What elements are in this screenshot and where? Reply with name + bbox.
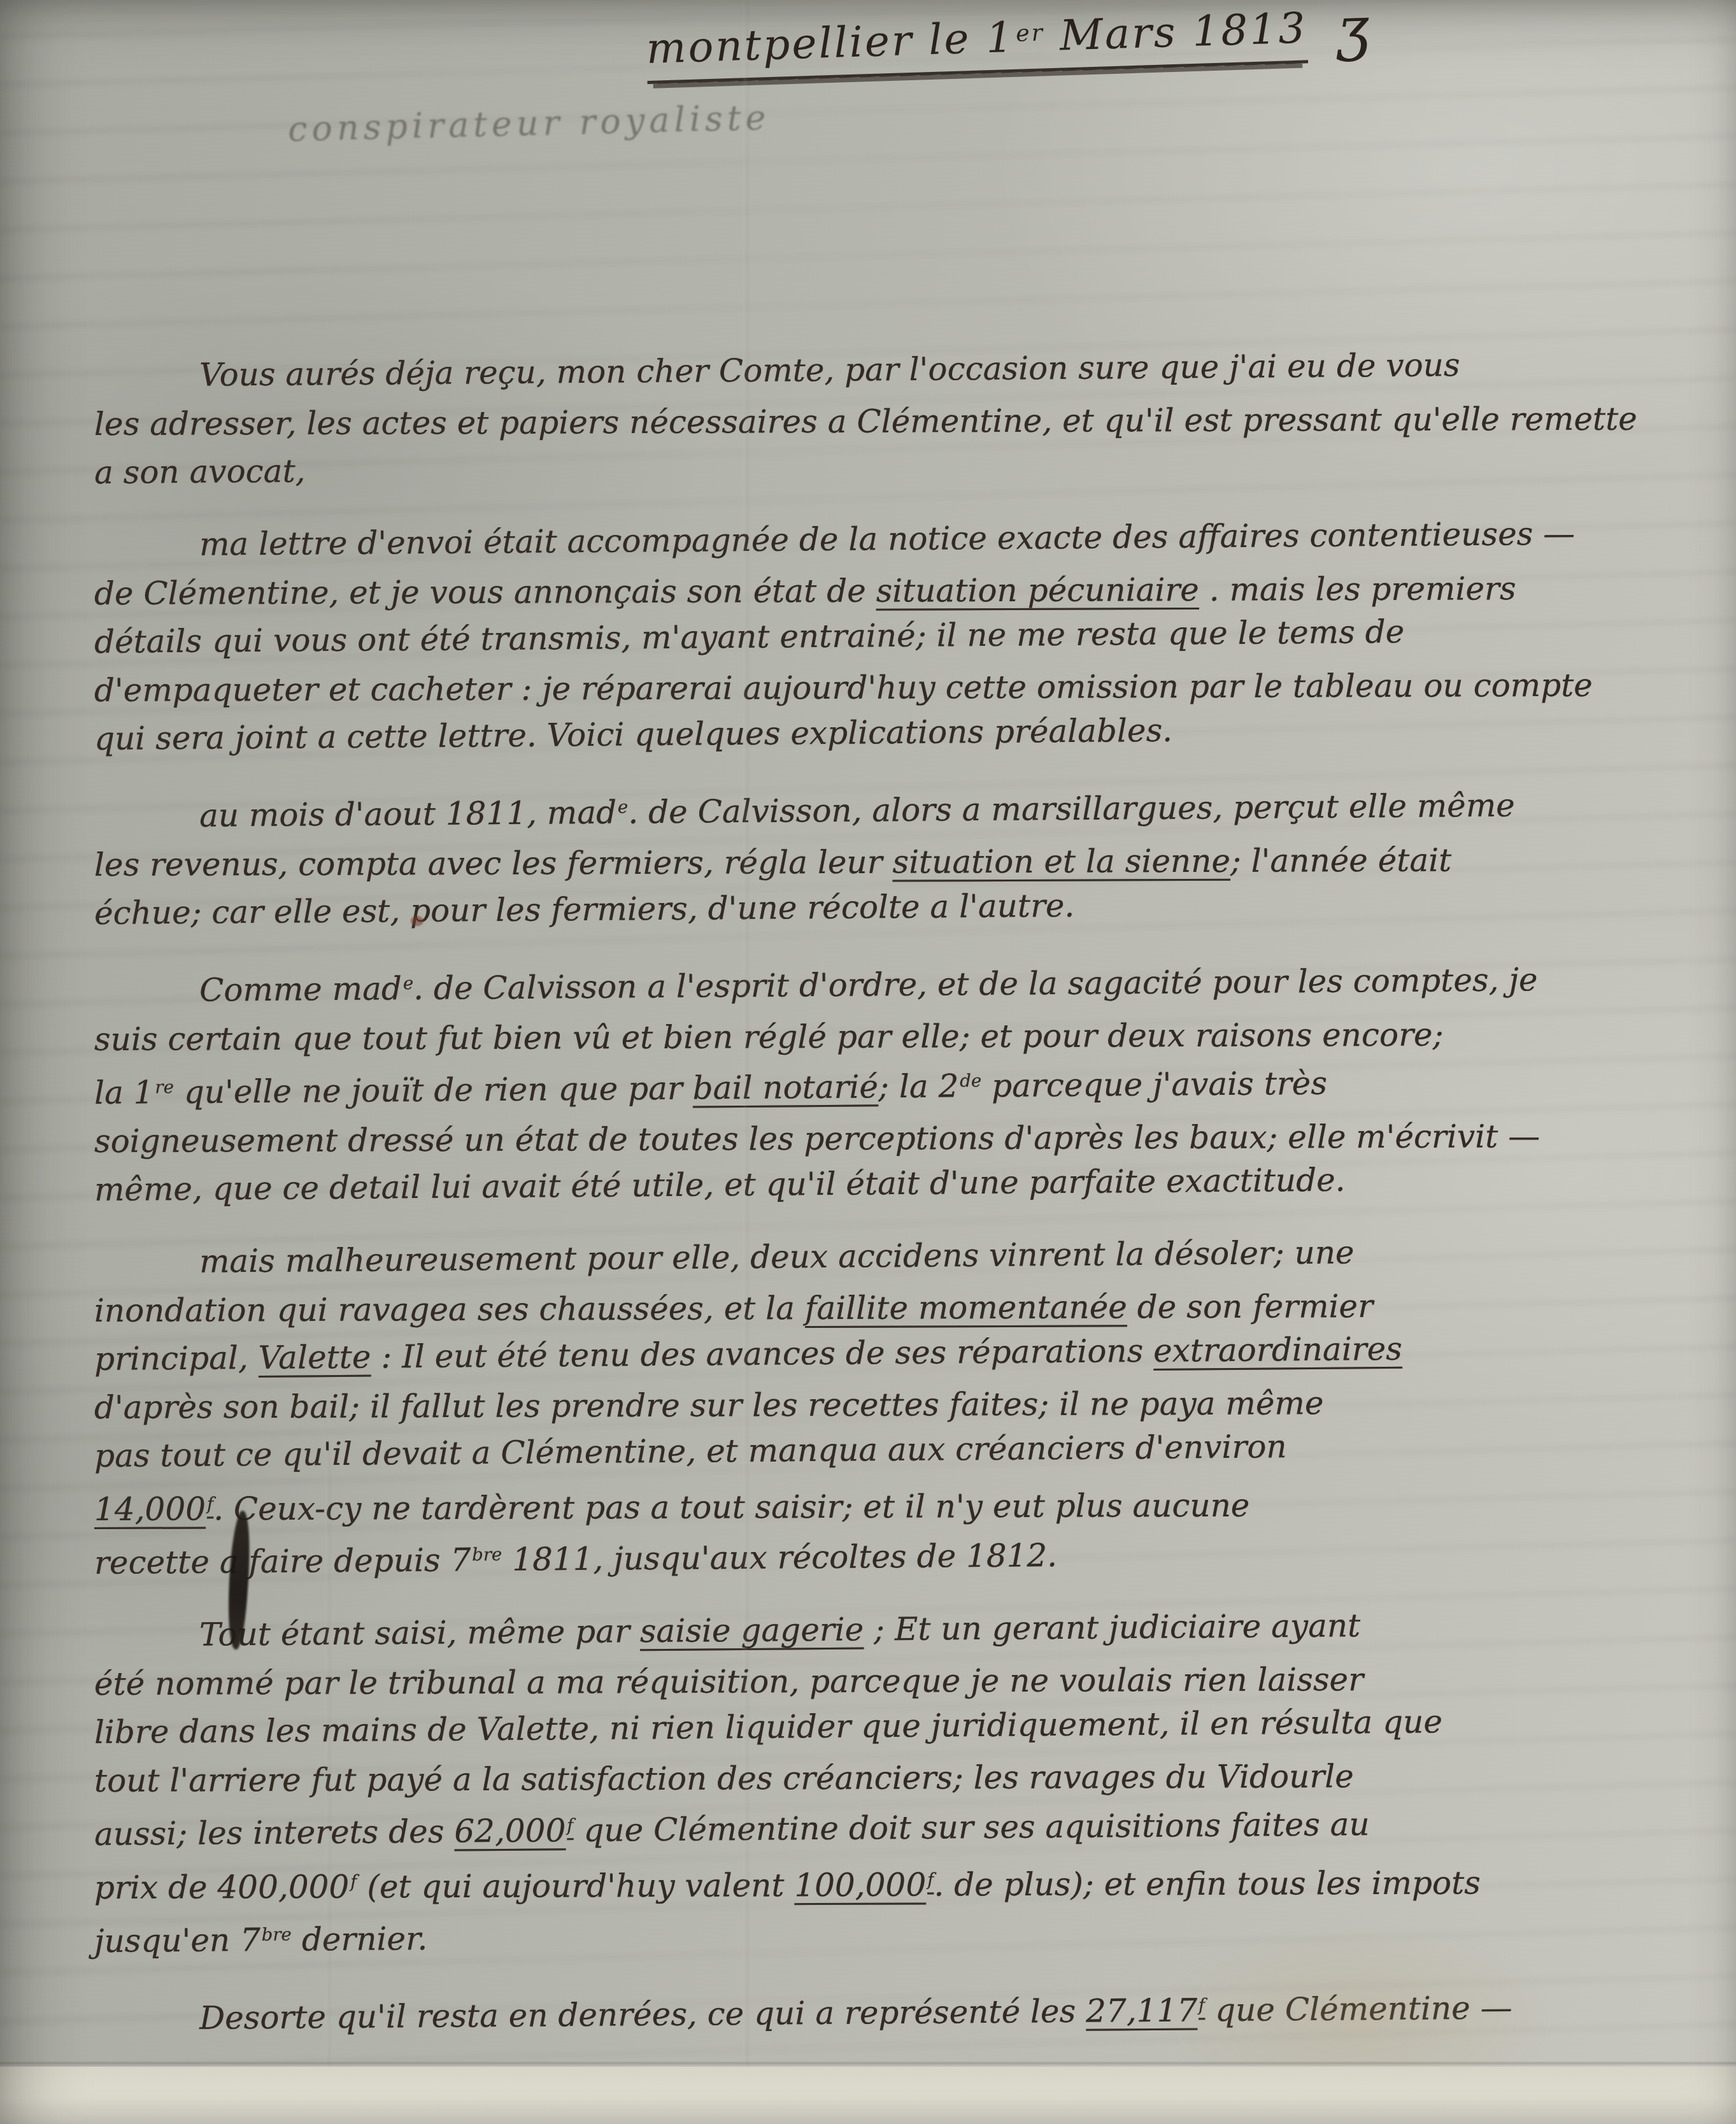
text-segment: bre: [472, 1544, 502, 1565]
text-segment: ma lettre d'envoi était accompagnée de l…: [199, 515, 1576, 563]
text-segment: ; Et un gerant judiciaire ayant: [864, 1607, 1360, 1648]
text-segment: 62,000: [454, 1812, 566, 1850]
vertical-crease: [326, 1452, 330, 2124]
text-segment: prix de 400,000: [94, 1869, 349, 1906]
horizontal-fold: [0, 2062, 1736, 2067]
text-segment: Desorte qu'il resta en denrées, ce qui a…: [199, 1993, 1086, 2037]
text-segment: ; l'année était: [1230, 842, 1452, 880]
text-segment: que Clémentine doit sur ses aquisitions …: [573, 1806, 1370, 1849]
text-segment: tout l'arriere fut payé a la satisfactio…: [94, 1758, 1354, 1799]
text-segment: re: [155, 1077, 174, 1097]
text-segment: recette a faire depuis 7: [94, 1541, 471, 1581]
text-segment: e: [403, 973, 414, 994]
text-segment: d'empaqueter et cacheter : je réparerai …: [94, 667, 1593, 709]
text-segment: 14,000: [94, 1490, 206, 1528]
text-segment: f: [567, 1815, 573, 1835]
bottom-margin-strip: [0, 2067, 1736, 2124]
text-segment: soigneusement dressé un état de toutes l…: [94, 1118, 1540, 1160]
paragraph: Tout étant saisi, même par saisie gageri…: [94, 1611, 1698, 1965]
text-segment: Mars 1813: [1044, 3, 1307, 61]
text-segment: 1811, jusqu'aux récoltes de 1812.: [502, 1537, 1057, 1578]
text-segment: qu'elle ne jouït de rien que par: [174, 1070, 693, 1111]
text-segment: . Ceux-cy ne tardèrent pas a tout saisir…: [213, 1487, 1249, 1528]
text-segment: de: [960, 1071, 981, 1091]
text-segment: . de Calvisson a l'esprit d'ordre, et de…: [413, 961, 1538, 1007]
ink-spot: [411, 916, 423, 926]
text-segment: . de plus); et enfin tous les impots: [934, 1864, 1481, 1903]
vertical-crease: [744, 0, 748, 2124]
paragraph: Comme made. de Calvisson a l'esprit d'or…: [94, 962, 1698, 1214]
text-segment: la 1: [94, 1074, 154, 1111]
manuscript-line: ma lettre d'envoi était accompagnée de l…: [94, 508, 1698, 569]
text-segment: f: [350, 1872, 357, 1892]
paragraph: au mois d'aout 1811, made. de Calvisson,…: [94, 787, 1698, 937]
paragraph: ma lettre d'envoi était accompagnée de l…: [94, 521, 1698, 763]
text-segment: de Clémentine, et je vous annonçais son …: [94, 573, 876, 612]
letter-body: Vous aurés déja reçu, mon cher Comte, pa…: [94, 352, 1698, 2067]
text-segment: extraordinaires: [1153, 1330, 1402, 1369]
dateline-flourish: ʒ: [1335, 0, 1372, 63]
text-segment: principal,: [94, 1339, 259, 1378]
text-segment: 100,000: [794, 1866, 926, 1904]
text-segment: détails qui vous ont été transmis, m'aya…: [94, 613, 1405, 660]
text-segment: jusqu'en 7: [94, 1921, 260, 1960]
text-segment: de son fermier: [1127, 1288, 1373, 1325]
text-segment: qui sera joint a cette lettre. Voici que…: [94, 712, 1173, 757]
text-segment: les revenus, compta avec les fermiers, r…: [94, 844, 893, 883]
letter-page: montpellier le 1er Mars 1813ʒ conspirate…: [0, 0, 1736, 2124]
text-segment: bail notarié: [692, 1068, 878, 1106]
text-segment: f: [207, 1493, 213, 1514]
paragraph: mais malheureusement pour elle, deux acc…: [94, 1238, 1698, 1587]
paragraph: Vous aurés déja reçu, mon cher Comte, pa…: [94, 352, 1698, 497]
text-segment: ; la 2: [878, 1067, 959, 1105]
text-segment: f: [927, 1869, 934, 1890]
text-segment: suis certain que tout fut bien vû et bie…: [94, 1016, 1444, 1058]
manuscript-line: au mois d'aout 1811, made. de Calvisson,…: [94, 774, 1698, 841]
text-segment: montpellier le 1: [646, 13, 1016, 73]
text-segment: les adresser, les actes et papiers néces…: [94, 401, 1637, 443]
manuscript-line: Comme made. de Calvisson a l'esprit d'or…: [94, 949, 1698, 1015]
text-segment: aussi; les interets des: [94, 1813, 455, 1853]
text-segment: Comme mad: [199, 970, 402, 1008]
text-segment: Valette: [258, 1339, 371, 1376]
text-segment: a son avocat,: [94, 452, 306, 491]
manuscript-line: mais malheureusement pour elle, deux acc…: [94, 1225, 1698, 1287]
text-segment: faillite momentanée: [805, 1288, 1127, 1327]
text-segment: inondation qui ravagea ses chaussées, et…: [94, 1290, 805, 1329]
text-segment: échue; car elle est, pour les fermiers, …: [94, 887, 1075, 932]
text-segment: er: [1015, 18, 1044, 46]
text-segment: pas tout ce qu'il devait a Clémentine, e…: [94, 1428, 1287, 1474]
text-segment: (et qui aujourd'huy valent: [357, 1867, 794, 1905]
text-segment: e: [618, 797, 629, 817]
text-segment: été nommé par le tribunal a ma réquisiti…: [94, 1661, 1363, 1702]
text-segment: saisie gagerie: [640, 1611, 864, 1650]
text-segment: : Il eut été tenu des avances de ses rép…: [371, 1332, 1153, 1376]
text-segment: mais malheureusement pour elle, deux acc…: [199, 1234, 1355, 1279]
text-segment: bre: [262, 1925, 292, 1945]
text-segment: au mois d'aout 1811, mad: [199, 794, 617, 834]
text-segment: . mais les premiers: [1199, 570, 1516, 608]
manuscript-line: Tout étant saisi, même par saisie gageri…: [94, 1599, 1698, 1660]
text-segment: . de Calvisson, alors a marsillargues, p…: [628, 787, 1515, 830]
text-segment: d'après son bail; il fallut les prendre …: [94, 1385, 1324, 1426]
text-segment: situation pécuniaire: [876, 571, 1199, 609]
text-segment: dernier.: [292, 1920, 428, 1958]
text-segment: situation et la sienne: [892, 843, 1230, 881]
text-segment: Tout étant saisi, même par: [199, 1613, 640, 1653]
text-segment: Vous aurés déja reçu, mon cher Comte, pa…: [199, 346, 1460, 394]
text-segment: parceque j'avais très: [981, 1065, 1327, 1104]
text-segment: même, que ce detail lui avait été utile,…: [94, 1162, 1346, 1208]
text-segment: libre dans les mains de Valette, ni rien…: [94, 1703, 1442, 1751]
